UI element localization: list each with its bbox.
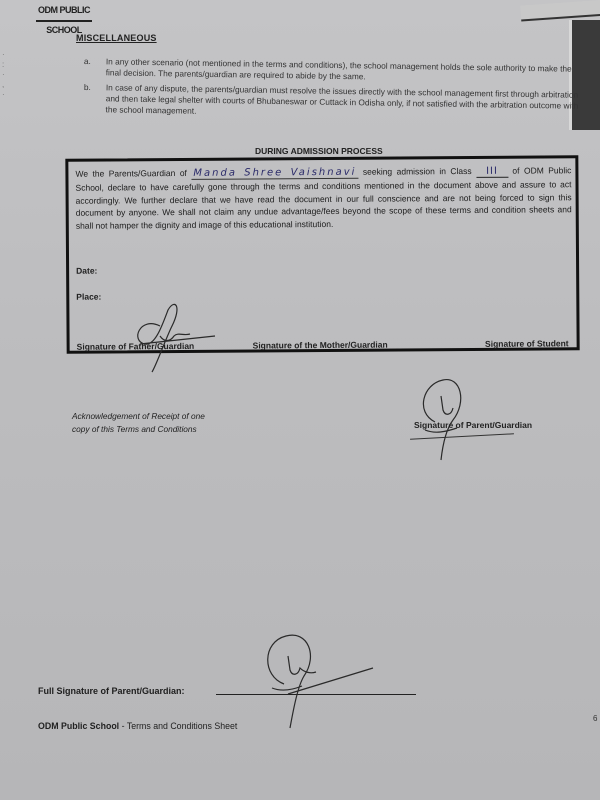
footer: ODM Public School - Terms and Conditions… xyxy=(38,721,237,731)
father-signature-label: Signature of Father/Guardian xyxy=(77,341,195,352)
class-field[interactable]: III xyxy=(476,166,508,178)
full-signature-field[interactable] xyxy=(216,694,416,695)
next-page-edge xyxy=(520,0,600,22)
parent-signature-line xyxy=(410,433,514,439)
place-label: Place: xyxy=(76,292,101,302)
acknowledgement-line-1: Acknowledgement of Receipt of one xyxy=(72,410,272,423)
school-logo: ODM PUBLIC SCHOOL xyxy=(36,0,92,22)
footer-sheet-title: Terms and Conditions Sheet xyxy=(127,721,238,731)
student-name-field[interactable]: Manda Shree Vaishnavi xyxy=(191,167,358,180)
footer-school-name: ODM Public School xyxy=(38,721,119,731)
footer-separator: - xyxy=(119,721,127,731)
misc-item-text: In case of any dispute, the parents/guar… xyxy=(105,82,585,123)
misc-item-text: In any other scenario (not mentioned in … xyxy=(106,56,586,86)
parent-signature-mark xyxy=(405,372,495,464)
edge-mark: 6 xyxy=(593,714,597,723)
admission-heading: DURING ADMISSION PROCESS xyxy=(255,146,383,156)
declaration-middle: seeking admission in Class xyxy=(363,166,472,177)
document-page: ODM PUBLIC SCHOOL ·:·,· MISCELLANEOUS a.… xyxy=(0,0,600,800)
misc-item-a: a. In any other scenario (not mentioned … xyxy=(86,56,586,86)
miscellaneous-heading: MISCELLANEOUS xyxy=(76,33,157,43)
declaration-box: We the Parents/Guardian of Manda Shree V… xyxy=(65,155,579,354)
student-signature-label: Signature of Student xyxy=(485,338,569,349)
acknowledgement-line-2: copy of this Terms and Conditions xyxy=(72,423,272,436)
full-signature-label: Full Signature of Parent/Guardian: xyxy=(38,686,185,696)
mother-signature-label: Signature of the Mother/Guardian xyxy=(253,340,388,351)
acknowledgement-text: Acknowledgement of Receipt of one copy o… xyxy=(72,410,272,436)
parent-signature-label: Signature of Parent/Guardian xyxy=(414,420,532,430)
misc-item-letter: b. xyxy=(84,82,91,93)
declaration-text: We the Parents/Guardian of Manda Shree V… xyxy=(75,164,571,232)
declaration-prefix: We the Parents/Guardian of xyxy=(75,168,187,179)
signature-row: Signature of Father/Guardian Signature o… xyxy=(77,338,569,341)
full-signature-mark xyxy=(248,628,378,738)
date-label: Date: xyxy=(76,266,97,276)
misc-item-letter: a. xyxy=(84,56,91,67)
margin-marks: ·:·,· xyxy=(2,50,26,130)
misc-item-b: b. In case of any dispute, the parents/g… xyxy=(85,82,585,123)
